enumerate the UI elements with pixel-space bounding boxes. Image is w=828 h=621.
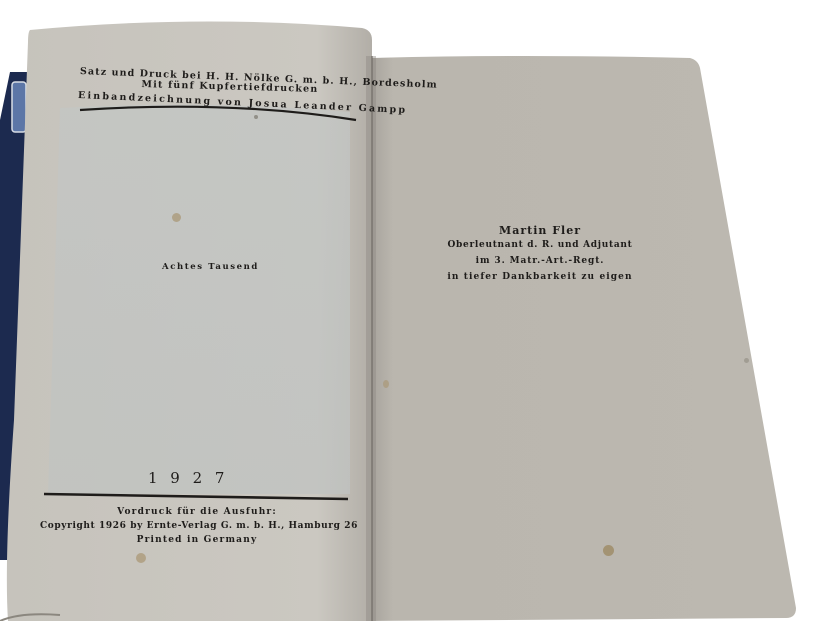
foxing-spot (254, 115, 258, 119)
dedication-name: Martin Fler (440, 224, 640, 237)
foxing-spot (603, 545, 614, 556)
right-page (372, 56, 796, 621)
edition-label: Achtes Tausend (162, 262, 259, 272)
dedication-rank: Oberleutnant d. R. und Adjutant (430, 240, 650, 250)
foxing-spot (744, 358, 749, 363)
left-panel (48, 105, 350, 494)
year: 1 9 2 7 (148, 469, 228, 487)
gutter-line (371, 56, 373, 621)
footer-line-2: Copyright 1926 by Ernte-Verlag G. m. b. … (34, 521, 364, 531)
cover-label (12, 82, 26, 132)
footer-line-1: Vordruck für die Ausfuhr: (40, 507, 354, 517)
foxing-spot (136, 553, 146, 563)
dedication-regiment: im 3. Matr.-Art.-Regt. (440, 256, 640, 266)
dedication-closing: in tiefer Dankbarkeit zu eigen (430, 272, 650, 282)
footer-line-3: Printed in Germany (40, 535, 354, 545)
foxing-spot (172, 213, 181, 222)
foxing-spot (383, 380, 389, 388)
